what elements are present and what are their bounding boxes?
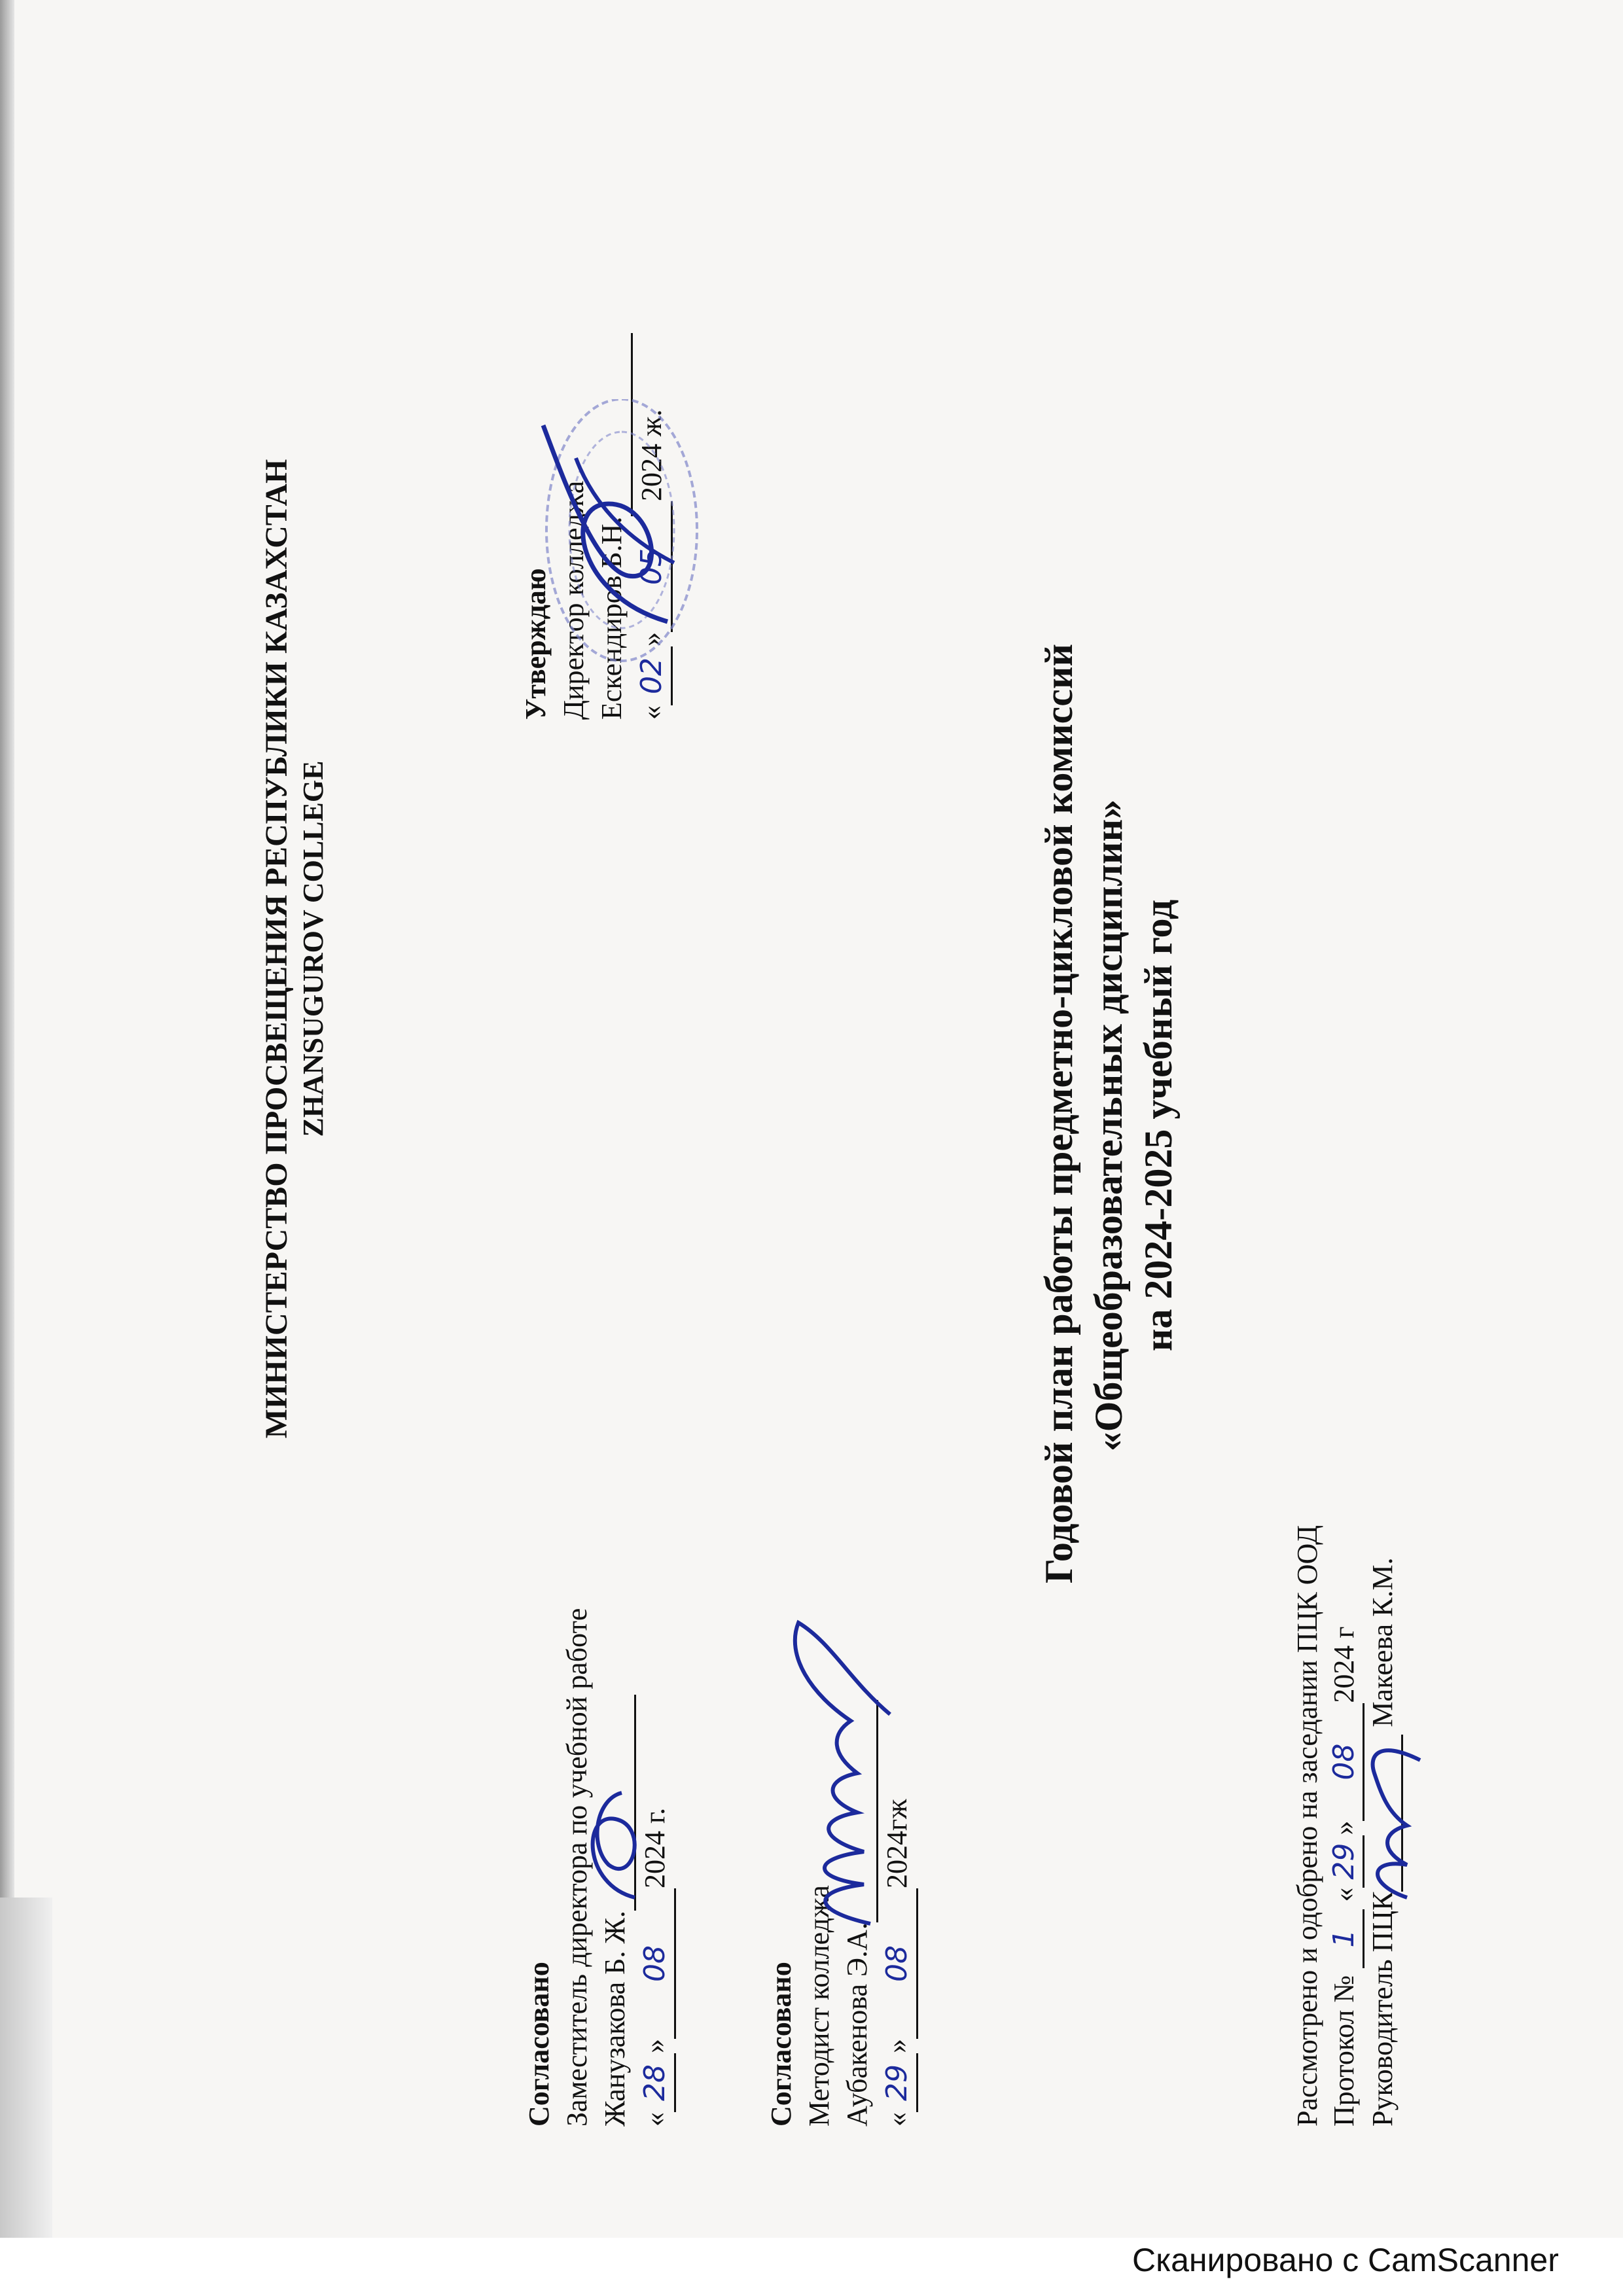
- quote-open: «: [881, 2112, 913, 2127]
- head-name: Макеева К.М.: [1366, 1557, 1399, 1727]
- document-title: Годовой план работы предметно-цикловой к…: [1034, 667, 1183, 1583]
- quote-open: «: [635, 705, 668, 720]
- head-label: Руководитель ПЦК: [1366, 1892, 1399, 2127]
- quote-open: «: [639, 2112, 671, 2127]
- methodist-name: Аубакенова Э.А.: [841, 1922, 873, 2127]
- rotated-document-content: МИНИСТЕРСТВО ПРОСВЕЩЕНИЯ РЕСПУБЛИКИ КАЗА…: [0, 0, 1623, 2238]
- college-name: ZHANSUGUROV COLLEGE: [295, 393, 332, 1505]
- quote-close: »: [881, 2039, 913, 2053]
- review-year: 2024 г: [1328, 1627, 1360, 1703]
- protocol-label: Протокол №: [1328, 1975, 1360, 2127]
- methodist-day: 29: [878, 2053, 918, 2112]
- title-line-2: «Общеобразовательных дисциплин»: [1084, 667, 1133, 1583]
- head-signature: [1355, 1734, 1433, 1904]
- methodist-signature: [772, 1616, 903, 1930]
- director-stamp-and-signature: [537, 399, 707, 674]
- ministry-name: МИНИСТЕРСТВО ПРОСВЕЩЕНИЯ РЕСПУБЛИКИ КАЗА…: [259, 393, 295, 1505]
- deputy-signature: [576, 1780, 654, 1911]
- title-line-3: на 2024-2025 учебный год: [1133, 667, 1183, 1583]
- review-statement: Рассмотрено и одобрено на заседании ПЦК …: [1289, 1525, 1326, 2127]
- title-line-1: Годовой план работы предметно-цикловой к…: [1034, 667, 1084, 1583]
- scanner-watermark: Сканировано с CamScanner: [1132, 2241, 1559, 2279]
- protocol-number: 1: [1326, 1909, 1364, 1968]
- deputy-name: Жанузакова Б. Ж.: [599, 1911, 631, 2127]
- ministry-header: МИНИСТЕРСТВО ПРОСВЕЩЕНИЯ РЕСПУБЛИКИ КАЗА…: [259, 393, 332, 1505]
- agreement-heading: Согласовано: [520, 1608, 558, 2127]
- quote-close: »: [639, 2039, 671, 2053]
- deputy-day: 28: [636, 2053, 676, 2112]
- deputy-month: 08: [636, 1888, 676, 2039]
